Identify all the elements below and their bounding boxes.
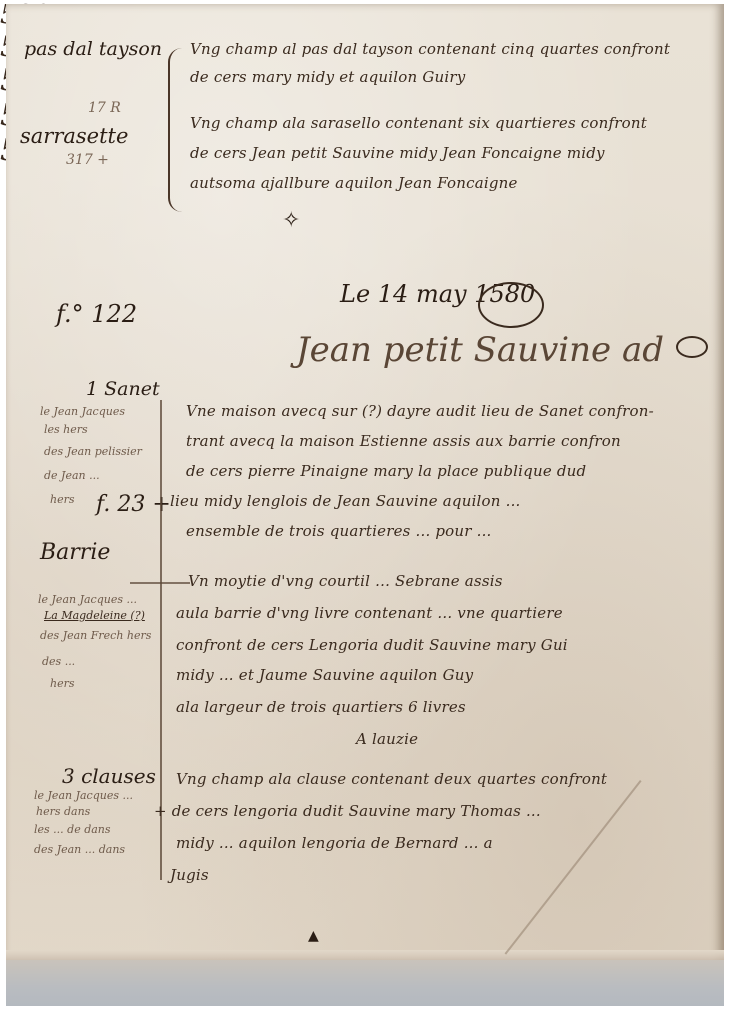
margin-note-531-5: hers: [50, 674, 75, 694]
entry-531-line-1: Vn moytie d'vng courtil ... Sebrane assi…: [188, 572, 503, 590]
entry-529-line-3: autsoma ajallbure aquilon Jean Foncaigne: [190, 174, 518, 192]
margin-note-sub-top: 17 R: [88, 100, 121, 116]
margin-note-530-4: de Jean ...: [44, 466, 100, 486]
margin-note-pas-dal-tayson: pas dal tayson: [24, 38, 162, 60]
entry-528-line-1: Vng champ al pas dal tayson contenant ci…: [190, 40, 670, 58]
margin-title-clauses: 3 clauses: [62, 764, 156, 788]
entry-531-line-3: confront de cers Lengoria dudit Sauvine …: [176, 636, 568, 654]
date-oval-circle: [478, 282, 544, 328]
margin-note-530-5: hers: [50, 490, 75, 510]
margin-note-532-2: hers dans: [36, 802, 90, 822]
margin-note-531-3: des Jean Frech hers: [40, 626, 151, 646]
margin-note-sarrasette: sarrasette: [20, 124, 128, 148]
entry-530-line-4: lieu midy lenglois de Jean Sauvine aquil…: [170, 492, 521, 510]
margin-note-532-4: des Jean ... dans: [34, 840, 125, 860]
margin-title-sanet: 1 Sanet: [86, 378, 160, 400]
entry-530-line-1: Vne maison avecq sur (?) dayre audit lie…: [186, 402, 654, 420]
margin-note-532-3: les ... de dans: [34, 820, 111, 840]
margin-note-530-2: les hers: [44, 420, 88, 440]
ink-flourish-mark: ✧: [282, 208, 300, 233]
entry-530-line-2: trant avecq la maison Estienne assis aux…: [186, 432, 621, 450]
entry-532-line-1: Vng champ ala clause contenant deux quar…: [176, 770, 607, 788]
scan-background-strip: [6, 960, 724, 1006]
margin-title-barrie: Barrie: [40, 540, 110, 565]
margin-connector-line: [130, 582, 190, 584]
entry-530-line-3: de cers pierre Pinaigne mary la place pu…: [186, 462, 586, 480]
entry-532-line-4: Jugis: [170, 866, 209, 884]
margin-note-sub-bottom: 317 +: [66, 152, 109, 168]
margin-note-530-3: des Jean pelissier: [44, 442, 142, 462]
folio-reference: f.° 122: [56, 300, 137, 328]
entry-529-line-2: de cers Jean petit Sauvine midy Jean Fon…: [190, 144, 605, 162]
entry-530-line-5: ensemble de trois quartieres ... pour ..…: [186, 522, 492, 540]
entry-532-line-3: midy ... aquilon lengoria de Bernard ...…: [176, 834, 493, 852]
entry-528-line-2: de cers mary midy et aquilon Guiry: [190, 68, 465, 86]
entry-531-line-5: ala largeur de trois quartiers 6 livres: [176, 698, 466, 716]
margin-note-530-1: le Jean Jacques: [40, 402, 125, 422]
margin-note-531-2: La Magdeleine (?): [44, 606, 145, 626]
entry-532-line-2: + de cers lengoria dudit Sauvine mary Th…: [154, 802, 541, 820]
entry-531-line-2: aula barrie d'vng livre contenant ... vn…: [176, 604, 563, 622]
margin-note-531-4: des ...: [42, 652, 75, 672]
entry-531-trailing: A lauzie: [356, 730, 418, 748]
entry-529-line-1: Vng champ ala sarasello contenant six qu…: [190, 114, 647, 132]
owner-heading: Jean petit Sauvine ad: [296, 330, 664, 370]
ink-blot-mark: ▲: [308, 928, 319, 944]
owner-oval-mark: [676, 336, 708, 358]
bracket-top-entries: [168, 48, 186, 212]
entry-531-line-4: midy ... et Jaume Sauvine aquilon Guy: [176, 666, 473, 684]
